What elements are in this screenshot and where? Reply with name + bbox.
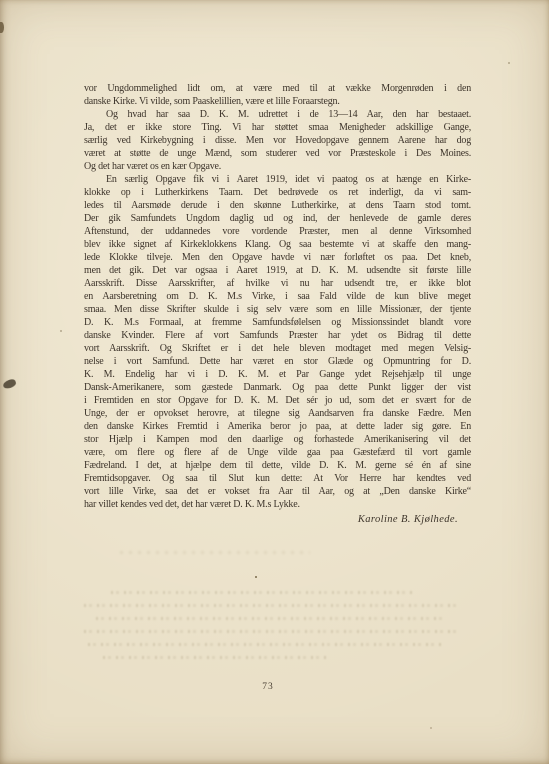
show-through-line	[84, 630, 459, 633]
text-line: Aarsskrift. Disse Aarsskrifter, af hvilk…	[84, 277, 471, 290]
show-through-line	[103, 656, 327, 659]
show-through-line	[88, 643, 444, 646]
text-line: Unge, der er opvokset herovre, at tilegn…	[84, 407, 471, 420]
text-line: Fremtidsopgaver. Og saa til Slut kun det…	[84, 472, 471, 485]
text-line: klokke op i Lutherkirkens Taarn. Det bed…	[84, 186, 471, 199]
text-line: smaa. Men disse Skrifter skulde i sig se…	[84, 303, 471, 316]
paper-speck	[430, 727, 432, 729]
text-line: Og hvad har saa D. K. M. udrettet i de 1…	[84, 108, 471, 121]
text-line: stor Hjælp i Kampen mod den daarlige og …	[84, 433, 471, 446]
text-line: Der gik Samfundets Ungdom daglig ud og i…	[84, 212, 471, 225]
show-through-line	[84, 604, 456, 607]
text-line: danske Kirke. Vi vilde, som Paaskelillie…	[84, 95, 471, 108]
text-line: blev ikke signet af Kirkeklokkens Klang.…	[84, 238, 471, 251]
text-line: været at støtte de unge Mænd, som studer…	[84, 147, 471, 160]
text-line: har villet kendes ved det, det har været…	[84, 498, 471, 511]
show-through-line	[96, 617, 444, 620]
text-line: Dansk-Amerikanere, som gæstede Danmark. …	[84, 381, 471, 394]
text-line: særlig ved Kirkebygning i disse. Men vor…	[84, 134, 471, 147]
author-signature: Karoline B. Kjølhede.	[84, 513, 471, 526]
body-text-block: vor Ungdommelighed lidt om, at være med …	[84, 82, 471, 526]
text-line: en Aarsberetning om D. K. M.s Virke, i s…	[84, 290, 471, 303]
text-line: Aftenstund, der uddannedes vore vordende…	[84, 225, 471, 238]
text-line: ledes til Aarsmøde derude i den skønne L…	[84, 199, 471, 212]
text-line: D. K. M.s Formaal, at fremme Samfundsføl…	[84, 316, 471, 329]
show-through-artifact	[84, 591, 471, 669]
text-line: vort lille Virke, saa det er vokset fra …	[84, 485, 471, 498]
text-line: Fædreland. I det, at hjælpe dem til dett…	[84, 459, 471, 472]
text-line: vort Aarsskrift. Og Skriftet er i det he…	[84, 342, 471, 355]
text-line: lede Klokke tilveje. Men den Opgave havd…	[84, 251, 471, 264]
text-line: danske Kvinder. Flere af vort Samfunds P…	[84, 329, 471, 342]
scanned-page: vor Ungdommelighed lidt om, at være med …	[0, 0, 549, 764]
text-line: vor Ungdommelighed lidt om, at være med …	[84, 82, 471, 95]
text-line: den danske Kirkes Fremtid i Amerika bero…	[84, 420, 471, 433]
paper-speck	[60, 330, 62, 332]
text-line: En særlig Opgave fik vi i Aaret 1919, id…	[84, 173, 471, 186]
text-line: være, om flere og flere af de Unge vilde…	[84, 446, 471, 459]
show-through-line	[111, 591, 413, 594]
ink-mark-left-edge-top	[0, 22, 4, 33]
show-through-smudge	[120, 551, 310, 554]
text-lines: vor Ungdommelighed lidt om, at være med …	[84, 82, 471, 511]
paper-speck	[508, 62, 510, 64]
text-line: men det gik. Det var ogsaa i Aaret 1919,…	[84, 264, 471, 277]
text-line: K. M. Endelig har vi i D. K. M. et Par G…	[84, 368, 471, 381]
text-line: i Fremtiden en stor Opgave for D. K. M. …	[84, 394, 471, 407]
ink-mark-left-edge-middle	[2, 378, 17, 390]
text-line: Og det har været os en kær Opgave.	[84, 160, 471, 173]
page-number: 73	[240, 682, 296, 692]
paper-speck	[255, 576, 257, 578]
text-line: nelse i vort Samfund. Dette har været en…	[84, 355, 471, 368]
text-line: Ja, det er ikke store Ting. Vi har støtt…	[84, 121, 471, 134]
